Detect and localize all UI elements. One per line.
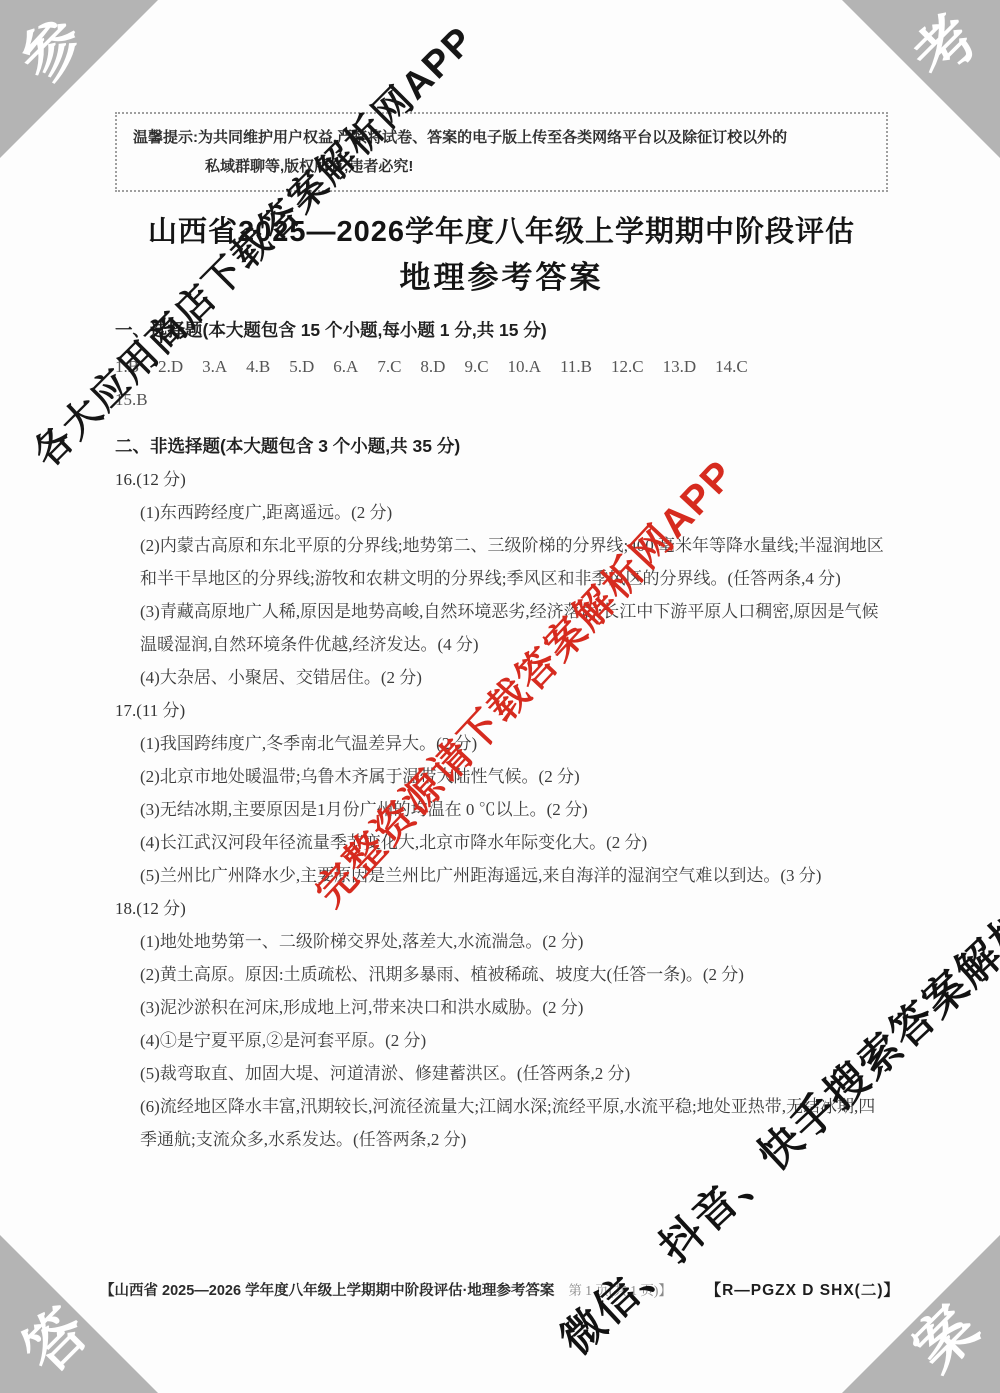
answer-line: (4)长江武汉河段年径流量季节变化大,北京市降水年际变化大。(2 分) [115,826,888,859]
mc-answer: 6.A [333,350,358,383]
answer-line: (3)泥沙淤积在河床,形成地上河,带来决口和洪水威胁。(2 分) [115,991,888,1024]
answer-line: (5)兰州比广州降水少,主要原因是兰州比广州距海遥远,来自海洋的湿润空气难以到达… [115,859,888,892]
question-number: 18.(12 分) [115,892,888,925]
mc-answer: 15.B [115,383,888,416]
multiple-choice-answers: 1.B2.D3.A4.B5.D6.A7.C8.D9.C10.A11.B12.C1… [115,350,888,383]
answer-line: (2)内蒙古高原和东北平原的分界线;地势第二、三级阶梯的分界线;400 毫米年等… [115,529,888,595]
mc-answer: 7.C [377,350,401,383]
section2-heading: 二、非选择题(本大题包含 3 个小题,共 35 分) [115,430,888,463]
mc-answer: 14.C [715,350,748,383]
answer-line: (5)裁弯取直、加固大堤、河道清淤、修建蓄洪区。(任答两条,2 分) [115,1057,888,1090]
answer-line: (2)北京市地处暖温带;乌鲁木齐属于温带大陆性气候。(2 分) [115,760,888,793]
answer-line: (4)①是宁夏平原,②是河套平原。(2 分) [115,1024,888,1057]
answer-line: (2)黄土高原。原因:土质疏松、汛期多暴雨、植被稀疏、坡度大(任答一条)。(2 … [115,958,888,991]
mc-answer: 8.D [420,350,445,383]
footer-exam-label: 【山西省 2025—2026 学年度八年级上学期期中阶段评估·地理参考答案 [100,1283,554,1299]
notice-line: 温馨提示:为共同维护用户权益,严禁将试卷、答案的电子版上传至各类网络平台以及除征… [133,123,868,152]
question-block: 16.(12 分)(1)东西跨经度广,距离遥远。(2 分)(2)内蒙古高原和东北… [115,463,888,694]
footer-paper-code: 【R—PGZX D SHX(二)】 [706,1278,900,1300]
answer-line: (1)地处地势第一、二级阶梯交界处,落差大,水流湍急。(2 分) [115,925,888,958]
corner-character: 案 [904,1297,989,1382]
section1-heading: 一、选择题(本大题包含 15 个小题,每小题 1 分,共 15 分) [115,314,888,347]
scanned-answer-sheet-page: 各大应用商店下载答案解析网APP 完整资源请下载答案解析网APP 微信、抖音、快… [0,0,1000,1393]
mc-answer: 10.A [508,350,542,383]
question-number: 16.(12 分) [115,463,888,496]
answer-line: (1)东西跨经度广,距离遥远。(2 分) [115,496,888,529]
corner-character: 考 [904,6,989,91]
free-response-questions: 16.(12 分)(1)东西跨经度广,距离遥远。(2 分)(2)内蒙古高原和东北… [115,463,888,1156]
mc-answer: 5.D [289,350,314,383]
answer-line: (3)青藏高原地广人稀,原因是地势高峻,自然环境恶劣,经济落后;长江中下游平原人… [115,595,888,661]
answer-line: (3)无结冰期,主要原因是1月份广州的均温在 0 ℃以上。(2 分) [115,793,888,826]
corner-fold-bottom-right: 案 [842,1235,1000,1393]
mc-answer: 4.B [246,350,270,383]
mc-answer: 3.A [202,350,227,383]
corner-fold-bottom-left: 答 [0,1235,158,1393]
copyright-notice-box: 温馨提示:为共同维护用户权益,严禁将试卷、答案的电子版上传至各类网络平台以及除征… [115,112,888,192]
corner-character: 答 [14,1299,99,1384]
page-footer: 【山西省 2025—2026 学年度八年级上学期期中阶段评估·地理参考答案 第 … [100,1278,900,1300]
corner-character: 参 [10,8,95,93]
mc-answer: 11.B [560,350,592,383]
mc-answer: 12.C [611,350,644,383]
mc-answer: 13.D [663,350,697,383]
mc-answer: 9.C [464,350,488,383]
